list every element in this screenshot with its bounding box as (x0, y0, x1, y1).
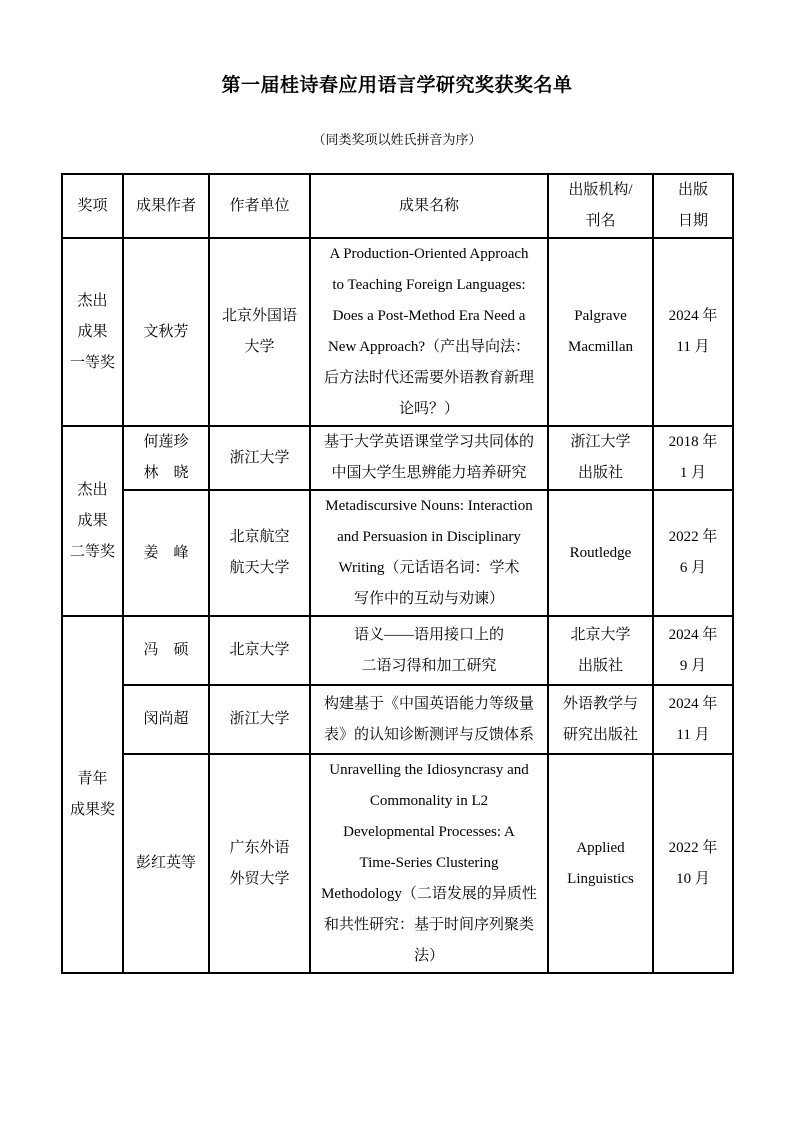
page-title: 第一届桂诗春应用语言学研究奖获奖名单 (0, 0, 794, 100)
date-cell: 2018 年 1 月 (653, 426, 733, 490)
header-institution: 作者单位 (209, 174, 310, 238)
table-row: 青年 成果奖 冯 硕 北京大学 语义——语用接口上的 二语习得和加工研究 北京大… (62, 616, 733, 685)
work-title-cell: 语义——语用接口上的 二语习得和加工研究 (310, 616, 548, 685)
page-subtitle: （同类奖项以姓氏拼音为序） (0, 130, 794, 150)
date-cell: 2024 年 11 月 (653, 238, 733, 426)
publisher-cell: Routledge (548, 490, 653, 616)
document-page: 第一届桂诗春应用语言学研究奖获奖名单 （同类奖项以姓氏拼音为序） 奖项 成果作者… (0, 0, 794, 1123)
institution-cell: 北京航空 航天大学 (209, 490, 310, 616)
author-cell: 文秋芳 (123, 238, 209, 426)
table-row: 彭红英等 广东外语 外贸大学 Unravelling the Idiosyncr… (62, 754, 733, 973)
institution-cell: 浙江大学 (209, 426, 310, 490)
work-title-cell: A Production-Oriented Approach to Teachi… (310, 238, 548, 426)
award-cell: 杰出 成果 二等奖 (62, 426, 123, 616)
header-date: 出版 日期 (653, 174, 733, 238)
author-cell: 何莲珍 林 晓 (123, 426, 209, 490)
publisher-cell: 外语教学与 研究出版社 (548, 685, 653, 754)
work-title-cell: 基于大学英语课堂学习共同体的 中国大学生思辨能力培养研究 (310, 426, 548, 490)
author-cell: 彭红英等 (123, 754, 209, 973)
publisher-cell: 浙江大学 出版社 (548, 426, 653, 490)
institution-cell: 北京外国语 大学 (209, 238, 310, 426)
publisher-cell: 北京大学 出版社 (548, 616, 653, 685)
award-cell: 杰出 成果 一等奖 (62, 238, 123, 426)
work-title-cell: Unravelling the Idiosyncrasy and Commona… (310, 754, 548, 973)
award-cell: 青年 成果奖 (62, 616, 123, 973)
institution-cell: 广东外语 外贸大学 (209, 754, 310, 973)
date-cell: 2022 年 6 月 (653, 490, 733, 616)
header-author: 成果作者 (123, 174, 209, 238)
table-row: 姜 峰 北京航空 航天大学 Metadiscursive Nouns: Inte… (62, 490, 733, 616)
author-cell: 闵尚超 (123, 685, 209, 754)
publisher-cell: Palgrave Macmillan (548, 238, 653, 426)
table-row: 闵尚超 浙江大学 构建基于《中国英语能力等级量 表》的认知诊断测评与反馈体系 外… (62, 685, 733, 754)
date-cell: 2024 年 11 月 (653, 685, 733, 754)
work-title-cell: Metadiscursive Nouns: Interaction and Pe… (310, 490, 548, 616)
date-cell: 2024 年 9 月 (653, 616, 733, 685)
date-cell: 2022 年 10 月 (653, 754, 733, 973)
work-title-cell: 构建基于《中国英语能力等级量 表》的认知诊断测评与反馈体系 (310, 685, 548, 754)
institution-cell: 北京大学 (209, 616, 310, 685)
table-row: 杰出 成果 二等奖 何莲珍 林 晓 浙江大学 基于大学英语课堂学习共同体的 中国… (62, 426, 733, 490)
header-work: 成果名称 (310, 174, 548, 238)
author-cell: 冯 硕 (123, 616, 209, 685)
header-award: 奖项 (62, 174, 123, 238)
author-cell: 姜 峰 (123, 490, 209, 616)
publisher-cell: Applied Linguistics (548, 754, 653, 973)
table-header-row: 奖项 成果作者 作者单位 成果名称 出版机构/ 刊名 出版 日期 (62, 174, 733, 238)
header-publisher: 出版机构/ 刊名 (548, 174, 653, 238)
table-row: 杰出 成果 一等奖 文秋芳 北京外国语 大学 A Production-Orie… (62, 238, 733, 426)
institution-cell: 浙江大学 (209, 685, 310, 754)
awards-table: 奖项 成果作者 作者单位 成果名称 出版机构/ 刊名 出版 日期 杰出 成果 一… (61, 173, 734, 974)
